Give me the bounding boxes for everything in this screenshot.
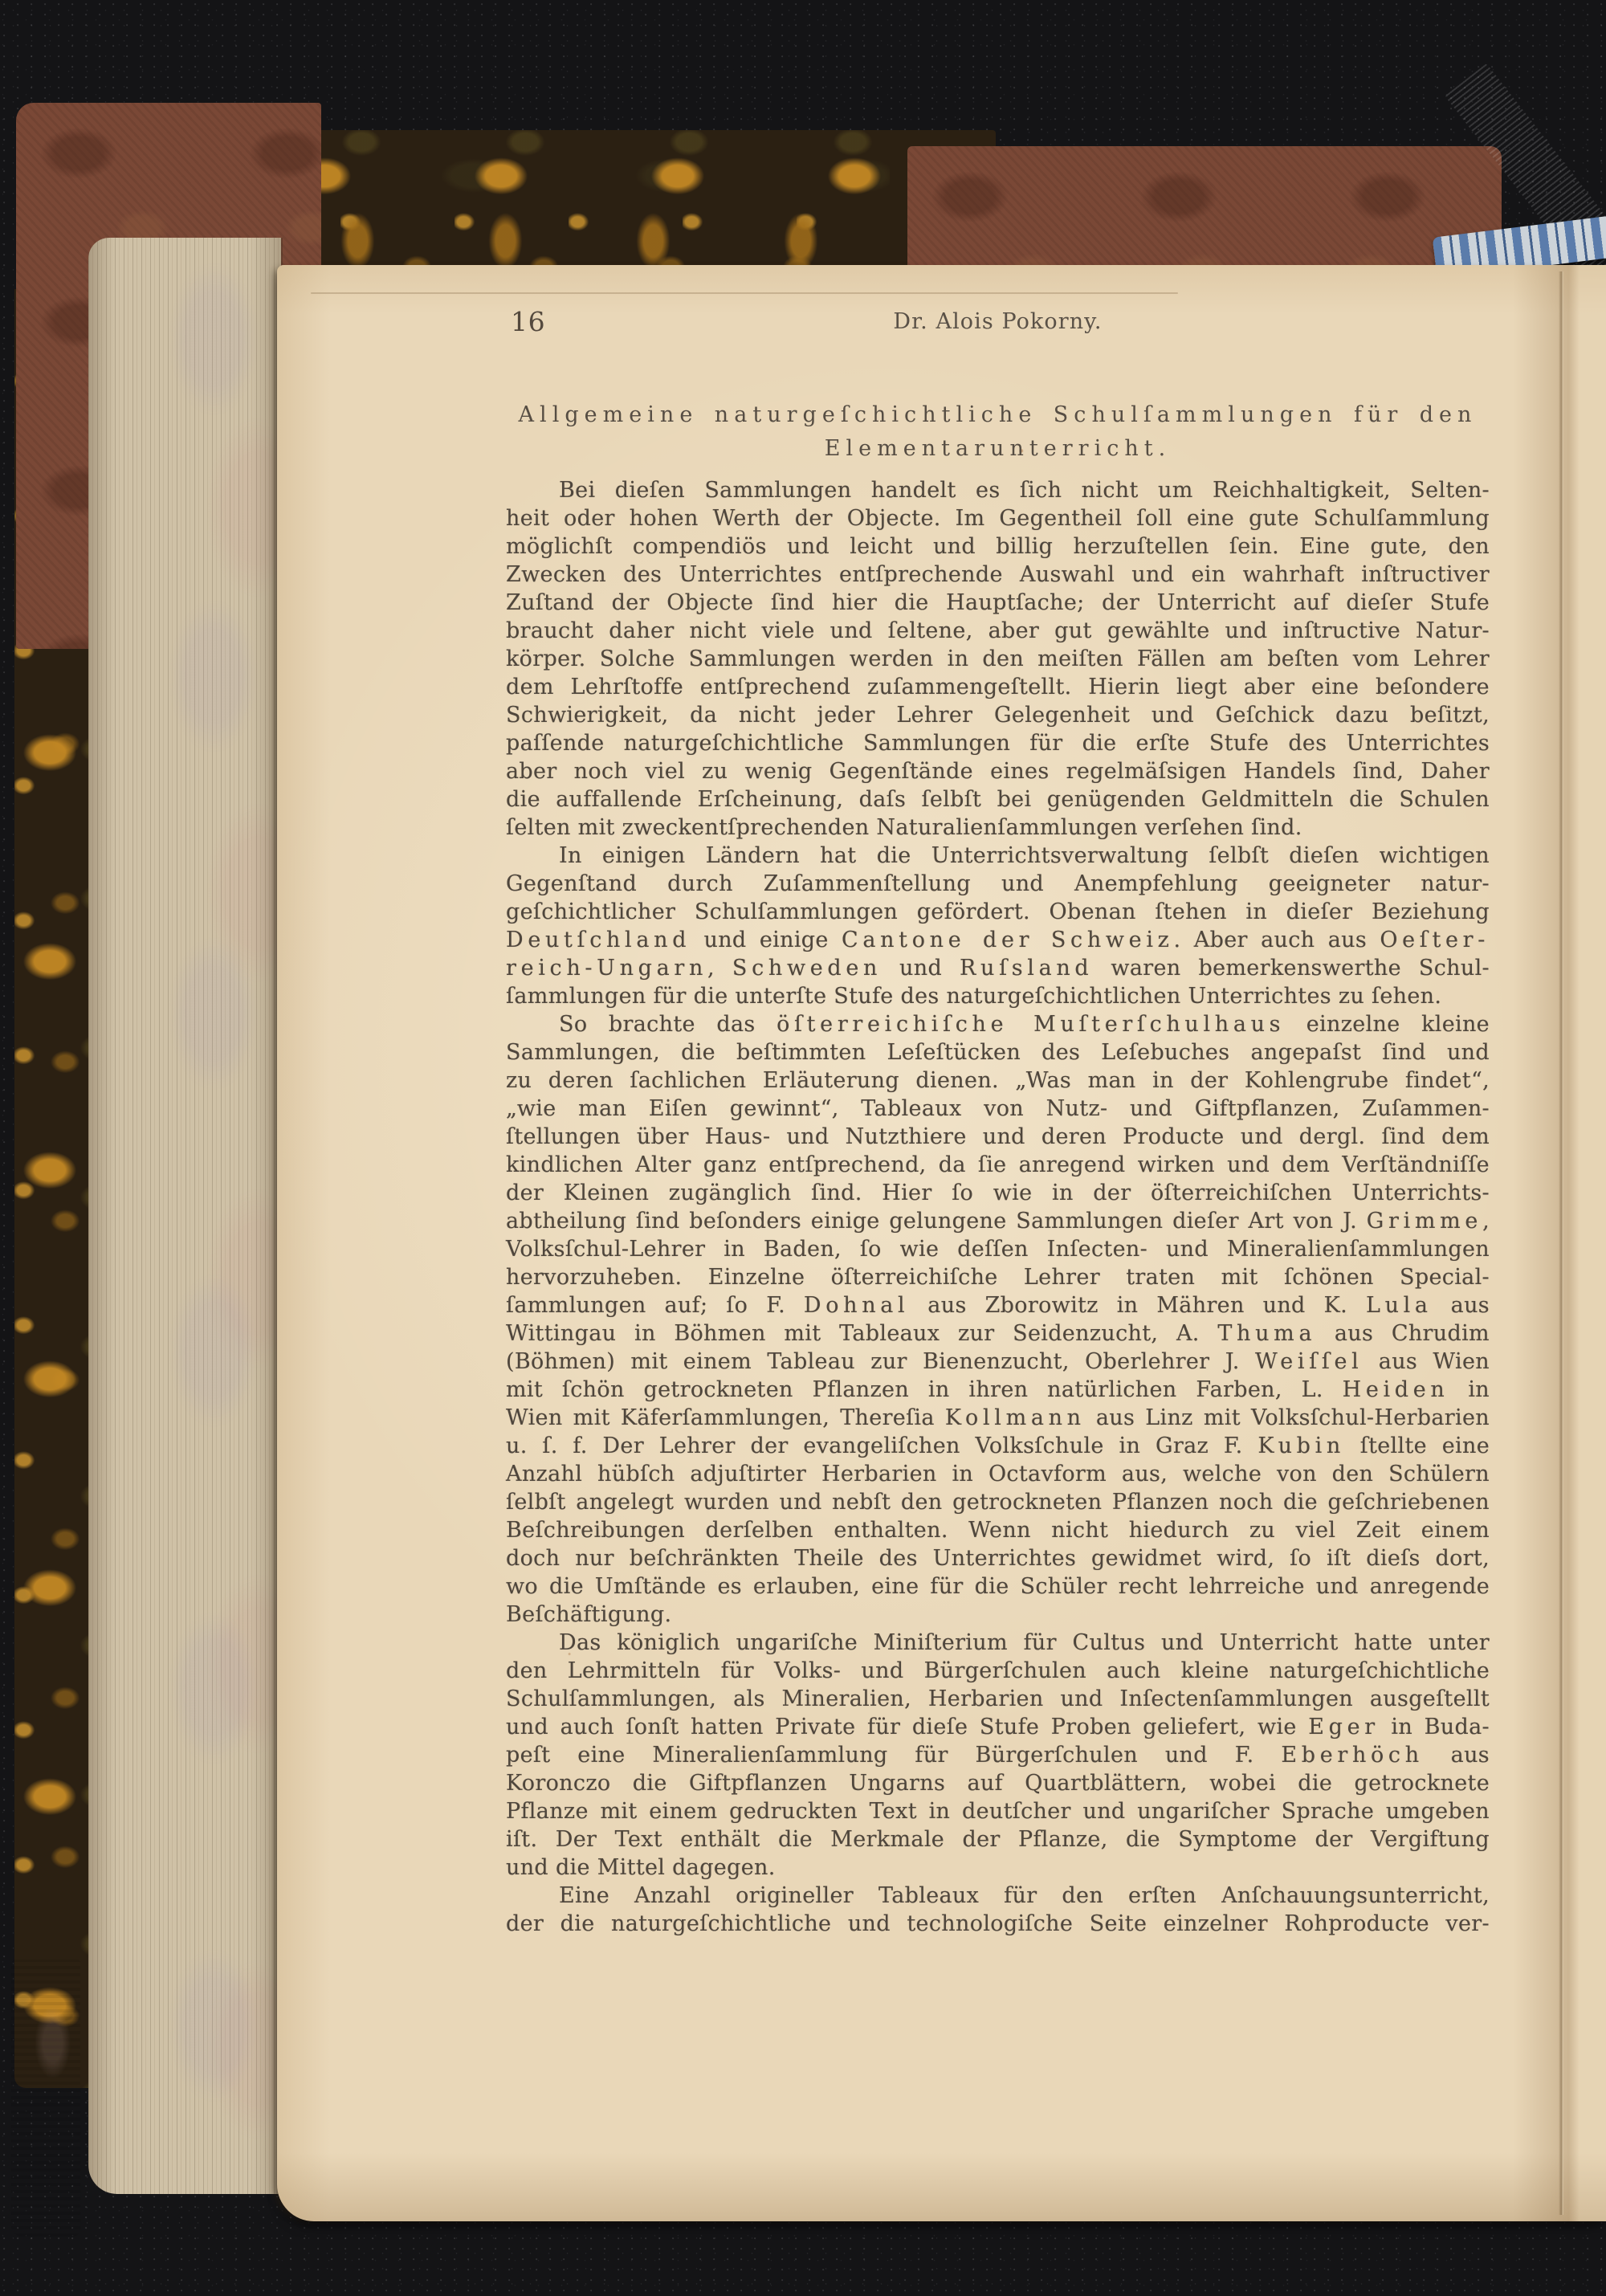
text-line: In einigen Ländern hat die Unterrichtsve… [506, 842, 1490, 870]
text-line: Das königlich ungariſche Miniſterium für… [506, 1629, 1490, 1657]
letterspaced-name: Weiſſel [1255, 1349, 1363, 1374]
text-line: ſammlungen für die unterſte Stufe des na… [506, 982, 1490, 1010]
text-line: möglichſt compendiös und leicht und bill… [506, 532, 1490, 561]
letterspaced-name: Thuma [1217, 1321, 1316, 1346]
text-line: der Kleinen zugänglich ſind. Hier ſo wie… [506, 1179, 1490, 1207]
text-line: paſſende naturgeſchichtliche Sammlungen … [506, 729, 1490, 757]
text-line: Wittingau in Böhmen mit Tableaux zur Sei… [506, 1319, 1490, 1348]
text-line: körper. Solche Sammlungen werden in den … [506, 645, 1490, 673]
book-cover-edge-strip [11, 1960, 80, 2237]
text-line: ſtellungen über Haus- und Nutzthiere und… [506, 1123, 1490, 1151]
letterspaced-name: Cantone der Schweiz [842, 928, 1174, 952]
letterspaced-name: öſterreichiſche Muſterſchulhaus [777, 1012, 1285, 1037]
text-block: 16 Dr. Alois Pokorny. Allgemeine naturge… [506, 305, 1490, 1938]
text-line: mit ſchön getrockneten Pflanzen in ihren… [506, 1376, 1490, 1404]
scanned-book-photo: 16 Dr. Alois Pokorny. Allgemeine naturge… [0, 0, 1606, 2296]
section-heading: Allgemeine naturgeſchichtliche Schulſamm… [506, 398, 1490, 466]
heading-line: Allgemeine naturgeſchichtliche Schulſamm… [506, 398, 1490, 432]
text-line: wo die Umſtände es erlauben, eine für di… [506, 1572, 1490, 1601]
text-line: heit oder hohen Werth der Objecte. Im Ge… [506, 504, 1490, 532]
text-line: (Böhmen) mit einem Tableau zur Bienenzuc… [506, 1348, 1490, 1376]
letterspaced-name: Lula [1366, 1293, 1433, 1318]
text-line: iſt. Der Text enthält die Merkmale der P… [506, 1825, 1490, 1854]
running-head-row: 16 Dr. Alois Pokorny. [506, 305, 1490, 339]
text-line: reich-Ungarn, Schweden und Ruſsland ware… [506, 954, 1490, 982]
text-line: dem Lehrſtoffe entſprechend zuſammengeſt… [506, 673, 1490, 701]
text-line: peſt eine Mineralienſammlung für Bürgerſ… [506, 1741, 1490, 1769]
text-line: braucht daher nicht viele und ſeltene, a… [506, 617, 1490, 645]
text-line: Zwecken des Unterrichtes entſprechende A… [506, 561, 1490, 589]
text-line: Bei dieſen Sammlungen handelt es ſich ni… [506, 476, 1490, 504]
text-line: Gegenſtand durch Zuſammenſtellung und An… [506, 870, 1490, 898]
text-line: u. ſ. f. Der Lehrer der evangeliſchen Vo… [506, 1432, 1490, 1460]
text-line: Beſchäftigung. [506, 1601, 1490, 1629]
text-line: geſchichtlicher Schulſammlungen geförder… [506, 898, 1490, 926]
text-line: abtheilung ſind beſonders einige gelunge… [506, 1207, 1490, 1235]
text-line: der die naturgeſchichtliche und technolo… [506, 1910, 1490, 1938]
text-line: Deutſchland und einige Cantone der Schwe… [506, 926, 1490, 954]
letterspaced-name: Heiden [1343, 1377, 1449, 1402]
underlying-page-edge [311, 292, 1178, 294]
letterspaced-name: Kubin [1257, 1433, 1345, 1458]
text-line: Schulſammlungen, als Mineralien, Herbari… [506, 1685, 1490, 1713]
book-page: 16 Dr. Alois Pokorny. Allgemeine naturge… [277, 265, 1606, 2221]
text-line: ſelbſt angelegt wurden und nebſt den get… [506, 1488, 1490, 1516]
body-text: Bei dieſen Sammlungen handelt es ſich ni… [506, 476, 1490, 1938]
text-line: Eine Anzahl origineller Tableaux für den… [506, 1882, 1490, 1910]
letterspaced-name: Deutſchland [506, 928, 691, 952]
text-line: „wie man Eiſen gewinnt“, Tableaux von Nu… [506, 1095, 1490, 1123]
letterspaced-name: Kollmann [945, 1405, 1086, 1430]
running-header: Dr. Alois Pokorny. [506, 305, 1490, 339]
text-line: ſelten mit zweckentſprechenden Naturalie… [506, 814, 1490, 842]
text-line: Anzahl hübſch adjuſtirter Herbarien in O… [506, 1460, 1490, 1488]
letterspaced-name: Dohnal [804, 1293, 909, 1318]
letterspaced-name: Oeſter- [1380, 928, 1490, 952]
text-line: den Lehrmitteln für Volks- und Bürgerſch… [506, 1657, 1490, 1685]
page-stack-fore-edge [88, 238, 281, 2194]
letterspaced-name: Grimme [1367, 1209, 1482, 1234]
text-line: Beſchreibungen derſelben enthalten. Wenn… [506, 1516, 1490, 1544]
letterspaced-name: Eberhöch [1281, 1743, 1423, 1768]
text-line: ſammlungen auf; ſo F. Dohnal aus Zborowi… [506, 1291, 1490, 1319]
letterspaced-name: Ruſsland [960, 956, 1093, 981]
text-line: hervorzuheben. Einzelne öſterreichiſche … [506, 1263, 1490, 1291]
text-line: die auffallende Erſcheinung, daſs ſelbſt… [506, 785, 1490, 814]
text-line: Schwierigkeit, da nicht jeder Lehrer Gel… [506, 701, 1490, 729]
text-line: Sammlungen, die beſtimmten Leſeſtücken d… [506, 1038, 1490, 1066]
text-line: kindlichen Alter ganz entſprechend, da ſ… [506, 1151, 1490, 1179]
letterspaced-name: Eger [1308, 1715, 1380, 1739]
text-line: Volksſchul-Lehrer in Baden, ſo wie deſſe… [506, 1235, 1490, 1263]
gutter-crease [1559, 271, 1563, 2215]
text-line: aber noch viel zu wenig Gegenſtände eine… [506, 757, 1490, 785]
text-line: doch nur beſchränkten Theile des Unterri… [506, 1544, 1490, 1572]
letterspaced-name: Schweden [732, 956, 882, 981]
text-line: Wien mit Käferſammlungen, Thereſia Kollm… [506, 1404, 1490, 1432]
letterspaced-name: reich-Ungarn [506, 956, 707, 981]
text-line: So brachte das öſterreichiſche Muſterſch… [506, 1010, 1490, 1038]
text-line: Koronczo die Giftpflanzen Ungarns auf Qu… [506, 1769, 1490, 1797]
heading-line: Elementarunterricht. [506, 432, 1490, 466]
text-line: zu deren ſachlichen Erläuterung dienen. … [506, 1066, 1490, 1095]
page-number: 16 [511, 305, 545, 339]
text-line: und die Mittel dagegen. [506, 1854, 1490, 1882]
text-line: Zuſtand der Objecte ſind hier die Hauptſ… [506, 589, 1490, 617]
text-line: Pflanze mit einem gedruckten Text in deu… [506, 1797, 1490, 1825]
text-line: und auch ſonſt hatten Private für dieſe … [506, 1713, 1490, 1741]
